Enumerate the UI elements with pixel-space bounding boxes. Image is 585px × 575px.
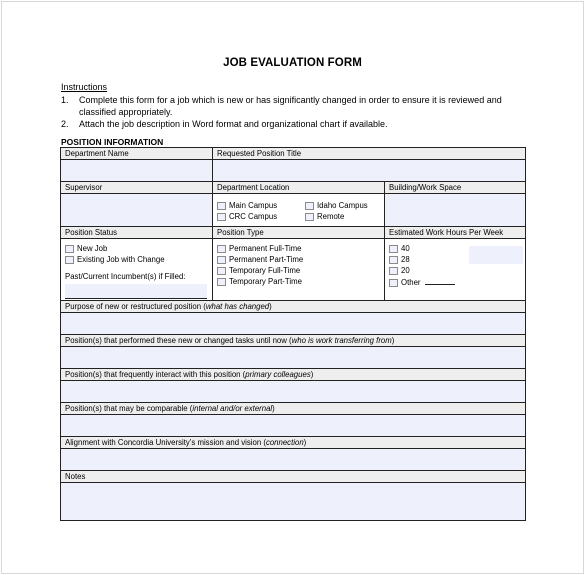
checkbox[interactable] [217,267,226,275]
option-new-job[interactable]: New Job [65,243,208,254]
hours-options: 40 28 20 Other [385,239,526,301]
option-idaho-campus[interactable]: Idaho Campus [305,200,395,211]
position-status-options: New Job Existing Job with Change Past/Cu… [61,239,213,301]
notes-label: Notes [61,471,526,483]
alignment-field[interactable] [61,449,526,471]
checkbox[interactable] [65,256,74,264]
building-field[interactable] [385,194,526,227]
other-hours-field[interactable] [469,246,523,264]
purpose-label: Purpose of new or restructured position … [61,301,526,313]
comparable-positions-label: Position(s) that may be comparable (inte… [61,403,526,415]
department-location-options: Main Campus Idaho Campus CRC Campus Remo… [213,194,385,227]
checkbox[interactable] [305,202,314,210]
incumbent-field[interactable] [65,284,207,299]
hours-label: Estimated Work Hours Per Week [385,227,526,239]
option-20[interactable]: 20 [389,265,521,276]
form-title: JOB EVALUATION FORM [0,57,585,69]
previous-positions-field[interactable] [61,347,526,369]
checkbox[interactable] [217,256,226,264]
position-type-label: Position Type [213,227,385,239]
checkbox[interactable] [305,213,314,221]
option-remote[interactable]: Remote [305,211,395,222]
previous-positions-label: Position(s) that performed these new or … [61,335,526,347]
option-crc-campus[interactable]: CRC Campus [217,211,305,222]
checkbox[interactable] [217,202,226,210]
position-status-label: Position Status [61,227,213,239]
checkbox[interactable] [389,279,398,287]
position-title-field[interactable] [213,160,526,182]
instruction-item: 1. Complete this form for a job which is… [61,94,531,118]
checkbox[interactable] [217,245,226,253]
option-main-campus[interactable]: Main Campus [217,200,305,211]
supervisor-label: Supervisor [61,182,213,194]
interacting-positions-field[interactable] [61,381,526,403]
building-label: Building/Work Space [385,182,526,194]
option-temporary-part-time[interactable]: Temporary Part-Time [217,276,380,287]
option-permanent-part-time[interactable]: Permanent Part-Time [217,254,380,265]
option-temporary-full-time[interactable]: Temporary Full-Time [217,265,380,276]
instructions-list: 1. Complete this form for a job which is… [61,94,531,130]
other-hours-blank[interactable] [425,276,455,285]
option-other[interactable]: Other [389,276,521,287]
alignment-label: Alignment with Concordia University’s mi… [61,437,526,449]
department-name-label: Department Name [61,148,213,160]
option-permanent-full-time[interactable]: Permanent Full-Time [217,243,380,254]
purpose-field[interactable] [61,313,526,335]
checkbox[interactable] [65,245,74,253]
checkbox[interactable] [389,267,398,275]
checkbox[interactable] [217,213,226,221]
comparable-positions-field[interactable] [61,415,526,437]
checkbox[interactable] [217,278,226,286]
checkbox[interactable] [389,245,398,253]
incumbent-label: Past/Current Incumbent(s) if Filled: [65,271,208,282]
interacting-positions-label: Position(s) that frequently interact wit… [61,369,526,381]
checkbox[interactable] [389,256,398,264]
instruction-item: 2. Attach the job description in Word fo… [61,118,531,130]
department-location-label: Department Location [213,182,385,194]
notes-field[interactable] [61,483,526,521]
instructions-heading: Instructions [61,82,107,92]
section-heading: POSITION INFORMATION [61,137,163,147]
position-info-table: Department Name Requested Position Title… [60,147,526,521]
department-name-field[interactable] [61,160,213,182]
option-existing-job[interactable]: Existing Job with Change [65,254,208,265]
position-type-options: Permanent Full-Time Permanent Part-Time … [213,239,385,301]
supervisor-field[interactable] [61,194,213,227]
position-title-label: Requested Position Title [213,148,526,160]
